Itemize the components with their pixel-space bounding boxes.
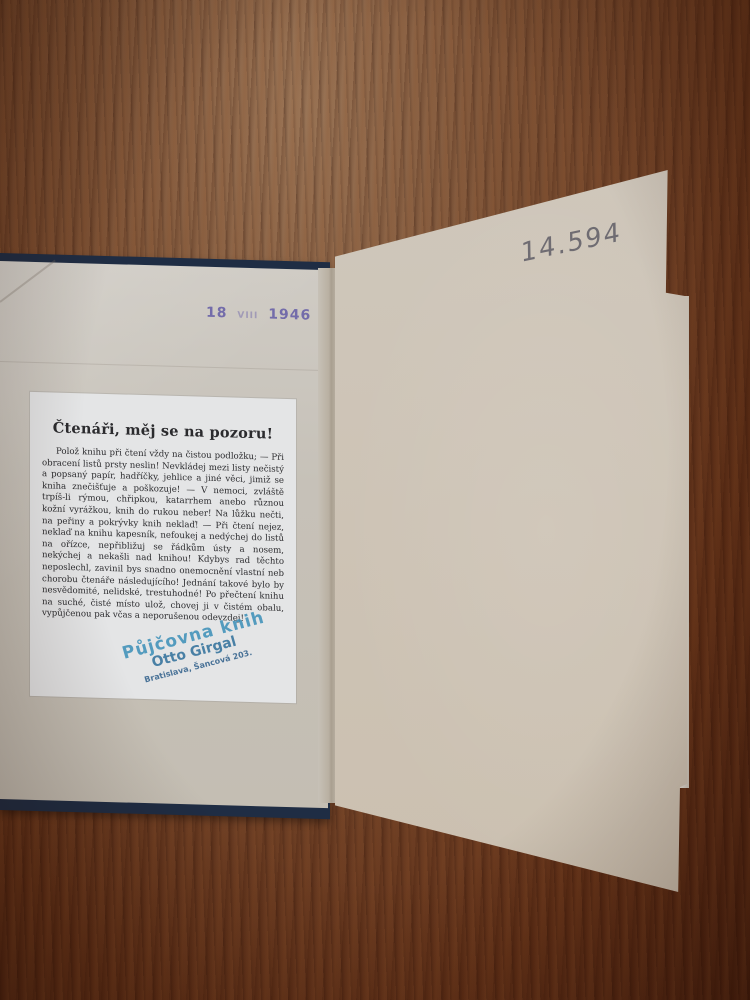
inside-front-cover: 18 VIII 1946 Čtenáři, měj se na pozoru! … (0, 253, 330, 819)
notice-body: Polož knihu při čtení vždy na čistou pod… (42, 446, 284, 627)
pasted-endpaper: 18 VIII 1946 Čtenáři, měj se na pozoru! … (0, 261, 328, 808)
date-stamp-day: 18 (206, 305, 227, 322)
paper-crease (0, 361, 328, 371)
paper-fold (0, 260, 56, 303)
notice-title: Čtenáři, měj se na pozoru! (42, 419, 284, 443)
date-stamp: 18 VIII 1946 (206, 305, 311, 324)
flyleaf-page (335, 170, 687, 892)
date-stamp-month: VIII (237, 311, 258, 322)
date-stamp-year: 1946 (268, 306, 311, 323)
